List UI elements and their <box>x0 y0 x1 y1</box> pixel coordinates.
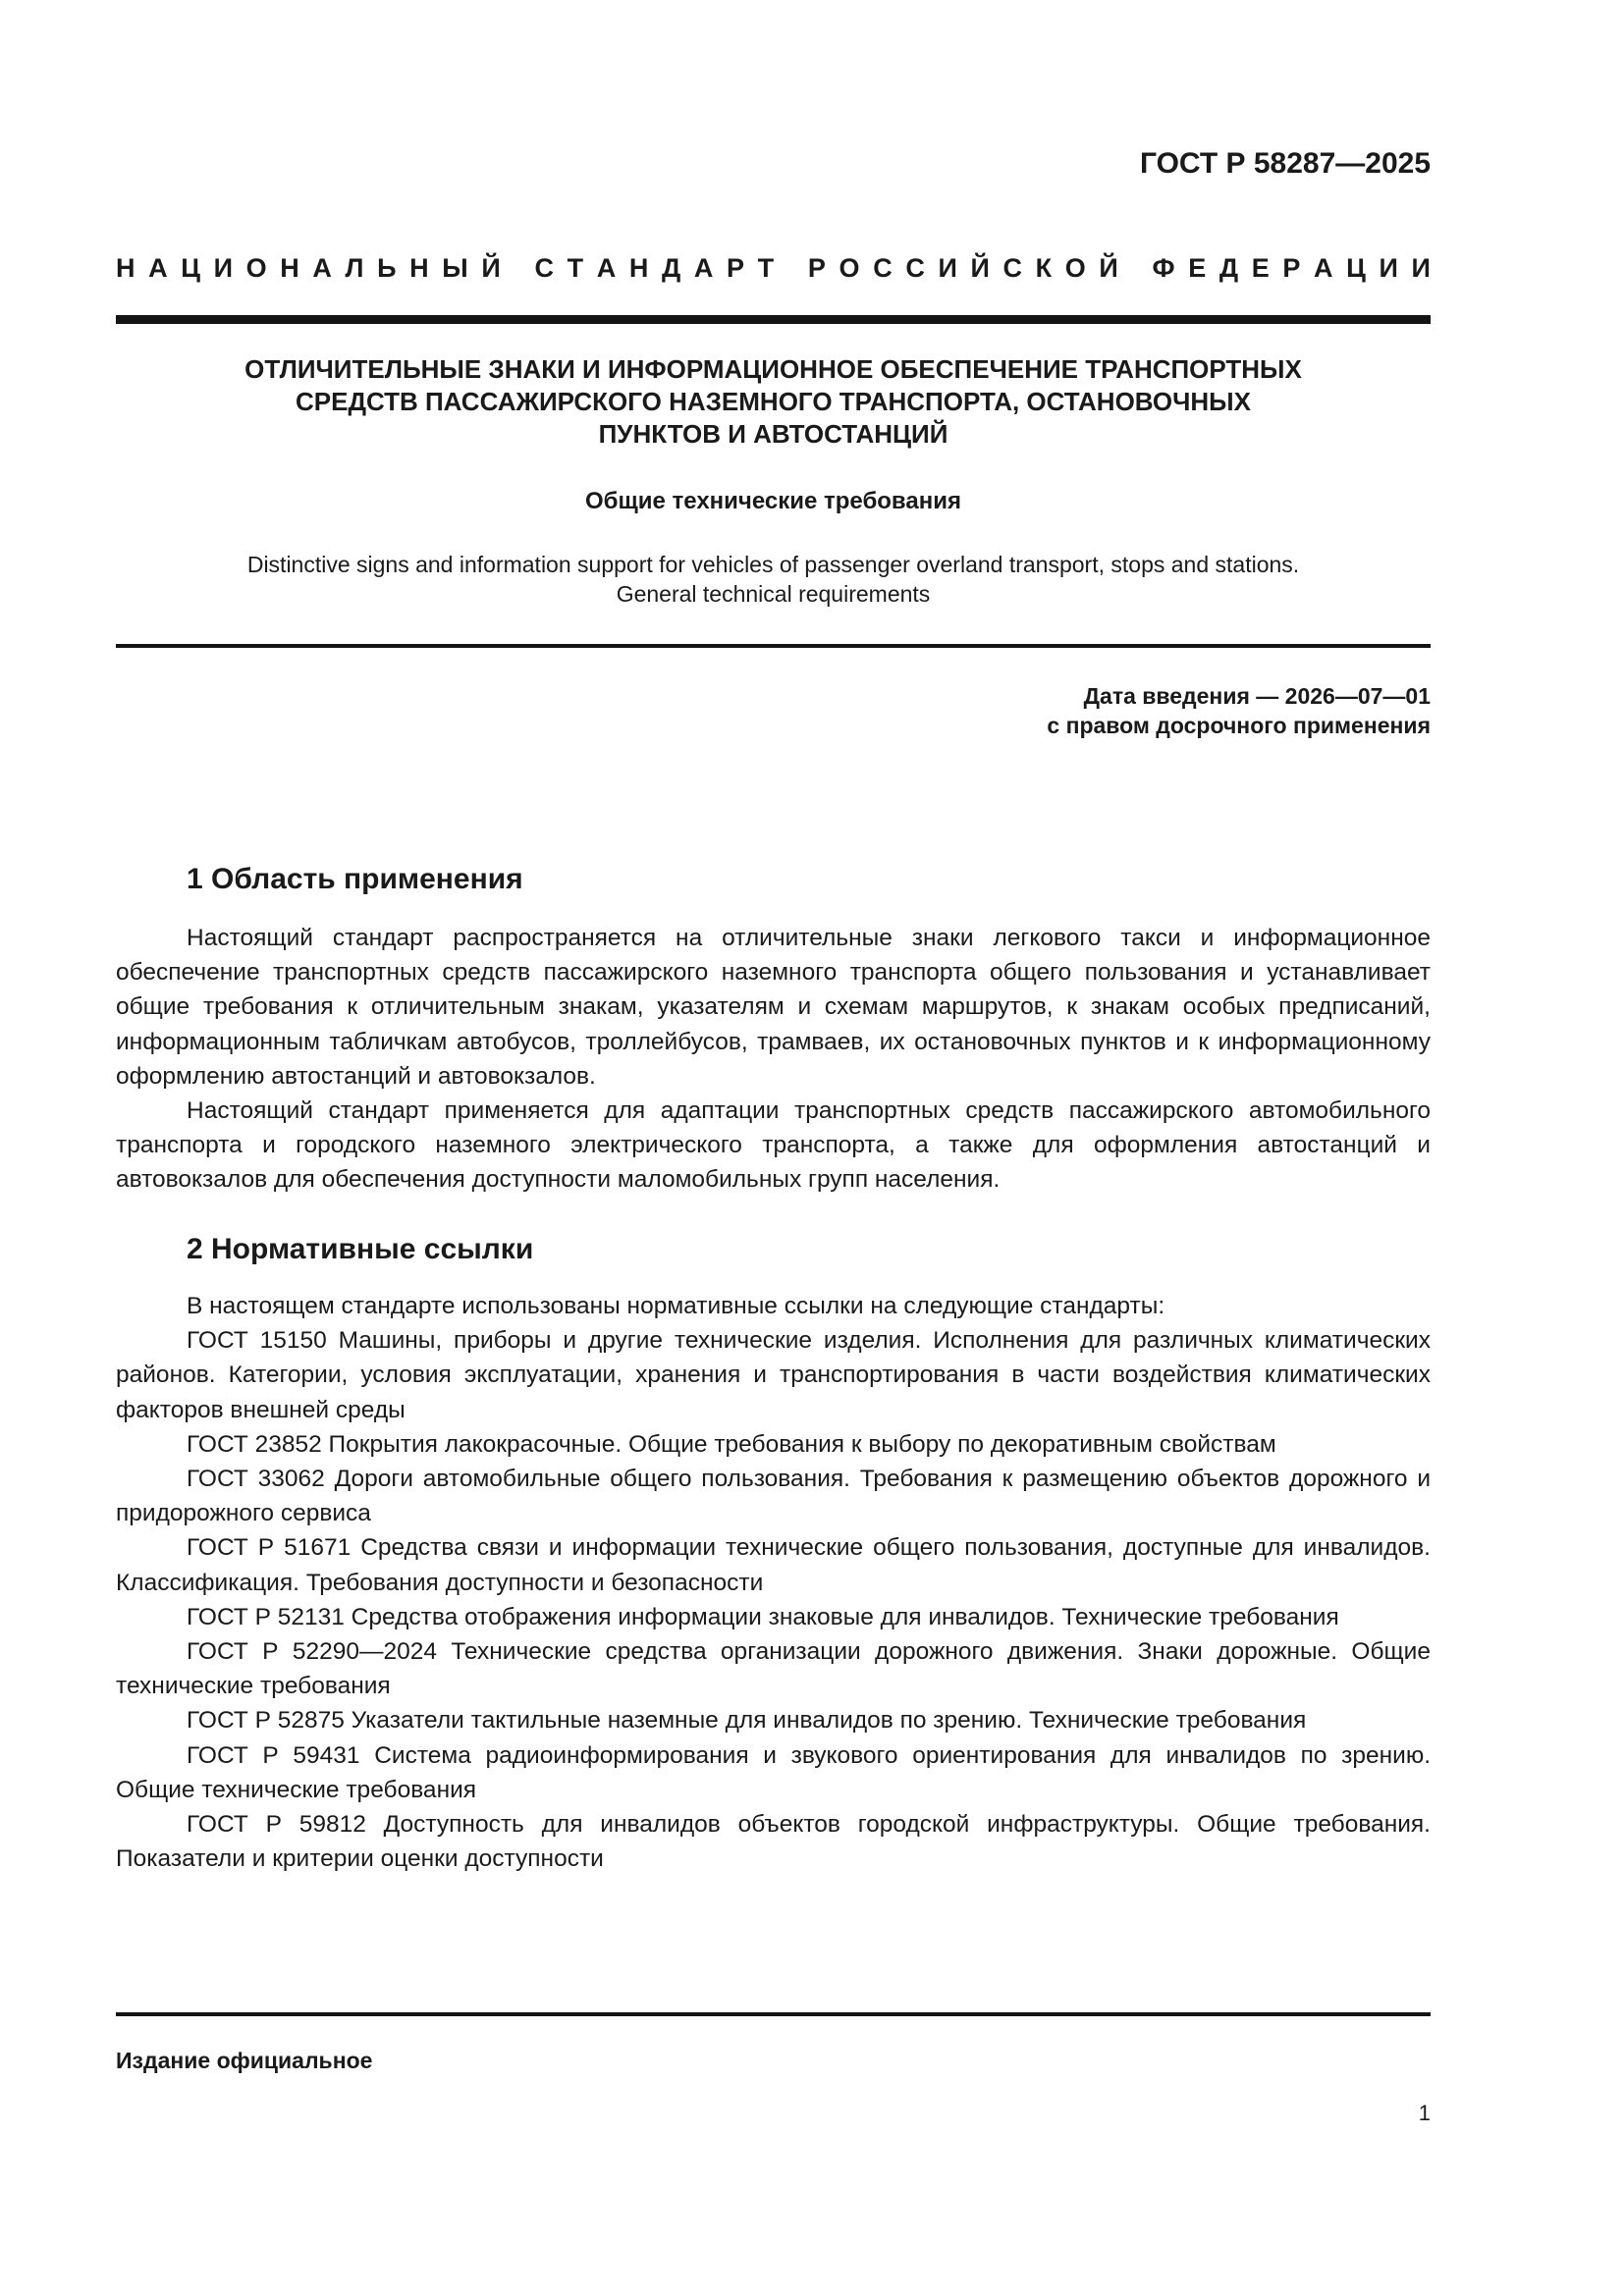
title-line: ОТЛИЧИТЕЛЬНЫЕ ЗНАКИ И ИНФОРМАЦИОННОЕ ОБЕ… <box>116 353 1431 386</box>
banner-letter: И <box>1380 253 1398 284</box>
title-divider <box>116 644 1431 648</box>
banner-letter <box>787 253 795 284</box>
banner-letter: Л <box>346 253 364 284</box>
banner-letter: Ь <box>377 253 396 284</box>
document-title: ОТЛИЧИТЕЛЬНЫЕ ЗНАКИ И ИНФОРМАЦИОННОЕ ОБЕ… <box>116 353 1431 451</box>
reference-item: ГОСТ Р 52875 Указатели тактильные наземн… <box>116 1703 1431 1737</box>
national-standard-banner: НАЦИОНАЛЬНЫЙ СТАНДАРТ РОССИЙСКОЙ ФЕДЕРАЦ… <box>116 253 1431 284</box>
banner-letter: Ц <box>181 253 200 284</box>
reference-item: ГОСТ Р 51671 Средства связи и информации… <box>116 1530 1431 1599</box>
reference-item: ГОСТ Р 59812 Доступность для инвалидов о… <box>116 1807 1431 1876</box>
banner-letter: Д <box>1219 253 1238 284</box>
banner-letter: С <box>873 253 893 284</box>
banner-letter: Й <box>1099 253 1117 284</box>
banner-letter: Ц <box>1346 253 1366 284</box>
banner-letter: Н <box>280 253 299 284</box>
banner-letter: О <box>839 253 860 284</box>
reference-item: ГОСТ Р 52131 Средства отображения информ… <box>116 1600 1431 1634</box>
banner-letter: Р <box>1282 253 1300 284</box>
banner-letter: А <box>1314 253 1333 284</box>
banner-letter: И <box>1412 253 1431 284</box>
section-normative-references: 2 Нормативные ссылки В настоящем стандар… <box>116 1230 1431 1876</box>
banner-letter: Ы <box>442 253 467 284</box>
banner-letter: И <box>214 253 233 284</box>
banner-letter <box>1131 253 1139 284</box>
section-heading: 1 Область применения <box>116 860 1431 899</box>
reference-item: ГОСТ 33062 Дороги автомобильные общего п… <box>116 1462 1431 1530</box>
footer-divider <box>116 2012 1431 2016</box>
banner-letter: К <box>1036 253 1052 284</box>
banner-letter: А <box>148 253 168 284</box>
section-heading: 2 Нормативные ссылки <box>116 1230 1431 1269</box>
banner-letter: Ф <box>1153 253 1175 284</box>
banner-letter: Й <box>970 253 989 284</box>
title-line: ПУНКТОВ И АВТОСТАНЦИЙ <box>116 418 1431 451</box>
paragraph: Настоящий стандарт распространяется на о… <box>116 921 1431 1094</box>
banner-letter: С <box>905 253 925 284</box>
banner-letter: Д <box>662 253 680 284</box>
page-number: 1 <box>1419 2101 1431 2126</box>
introduction-date: Дата введения — 2026—07—01 <box>1047 681 1431 711</box>
banner-letter: Р <box>808 253 826 284</box>
paragraph: Настоящий стандарт применяется для адапт… <box>116 1094 1431 1198</box>
english-title-line: General technical requirements <box>116 579 1431 609</box>
paragraph: В настоящем стандарте использованы норма… <box>116 1289 1431 1323</box>
section-body: Настоящий стандарт распространяется на о… <box>116 921 1431 1198</box>
banner-letter: Е <box>1252 253 1270 284</box>
early-use-note: с правом досрочного применения <box>1047 711 1431 740</box>
reference-item: ГОСТ Р 59431 Система радиоинформирования… <box>116 1738 1431 1807</box>
reference-item: ГОСТ Р 52290—2024 Технические средства о… <box>116 1634 1431 1703</box>
header-divider <box>116 315 1431 324</box>
document-page: ГОСТ Р 58287—2025 НАЦИОНАЛЬНЫЙ СТАНДАРТ … <box>116 0 1431 2296</box>
banner-letter: Е <box>1188 253 1206 284</box>
banner-letter: Т <box>568 253 584 284</box>
section-body: В настоящем стандарте использованы норма… <box>116 1289 1431 1876</box>
banner-letter: А <box>312 253 332 284</box>
introduction-date-block: Дата введения — 2026—07—01 с правом доср… <box>1047 681 1431 740</box>
banner-letter: О <box>1065 253 1086 284</box>
banner-letter: Н <box>409 253 429 284</box>
title-line: СРЕДСТВ ПАССАЖИРСКОГО НАЗЕМНОГО ТРАНСПОР… <box>116 386 1431 418</box>
english-title: Distinctive signs and information suppor… <box>116 550 1431 609</box>
reference-item: ГОСТ 15150 Машины, приборы и другие техн… <box>116 1323 1431 1427</box>
banner-letter: Й <box>481 253 500 284</box>
document-code: ГОСТ Р 58287—2025 <box>1140 147 1431 181</box>
banner-letter <box>514 253 521 284</box>
reference-item: ГОСТ 23852 Покрытия лакокрасочные. Общие… <box>116 1427 1431 1462</box>
banner-letter: И <box>938 253 956 284</box>
banner-letter: Н <box>629 253 649 284</box>
banner-letter: Р <box>727 253 744 284</box>
banner-letter: С <box>535 253 555 284</box>
banner-letter: Н <box>116 253 135 284</box>
banner-letter: А <box>694 253 714 284</box>
english-title-line: Distinctive signs and information suppor… <box>116 550 1431 579</box>
banner-letter: Т <box>758 253 775 284</box>
banner-letter: С <box>1003 253 1023 284</box>
document-subtitle: Общие технические требования <box>116 488 1431 515</box>
banner-letter: О <box>246 253 267 284</box>
section-scope: 1 Область применения Настоящий стандарт … <box>116 860 1431 1198</box>
official-edition-label: Издание официальное <box>116 2048 372 2074</box>
banner-letter: А <box>597 253 617 284</box>
